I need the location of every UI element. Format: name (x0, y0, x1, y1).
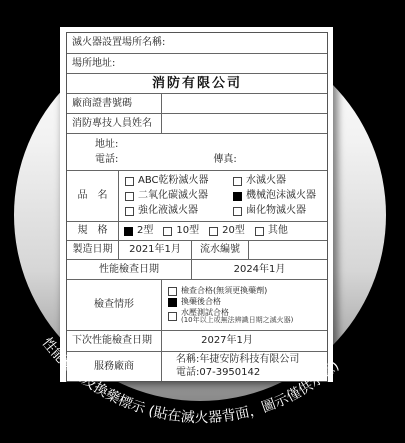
caption-arc: 性能檢查及換藥標示 (貼在滅火器背面，圖示僅供示意) (0, 0, 405, 443)
caption-text: 性能檢查及換藥標示 (貼在滅火器背面，圖示僅供示意) (38, 334, 342, 426)
